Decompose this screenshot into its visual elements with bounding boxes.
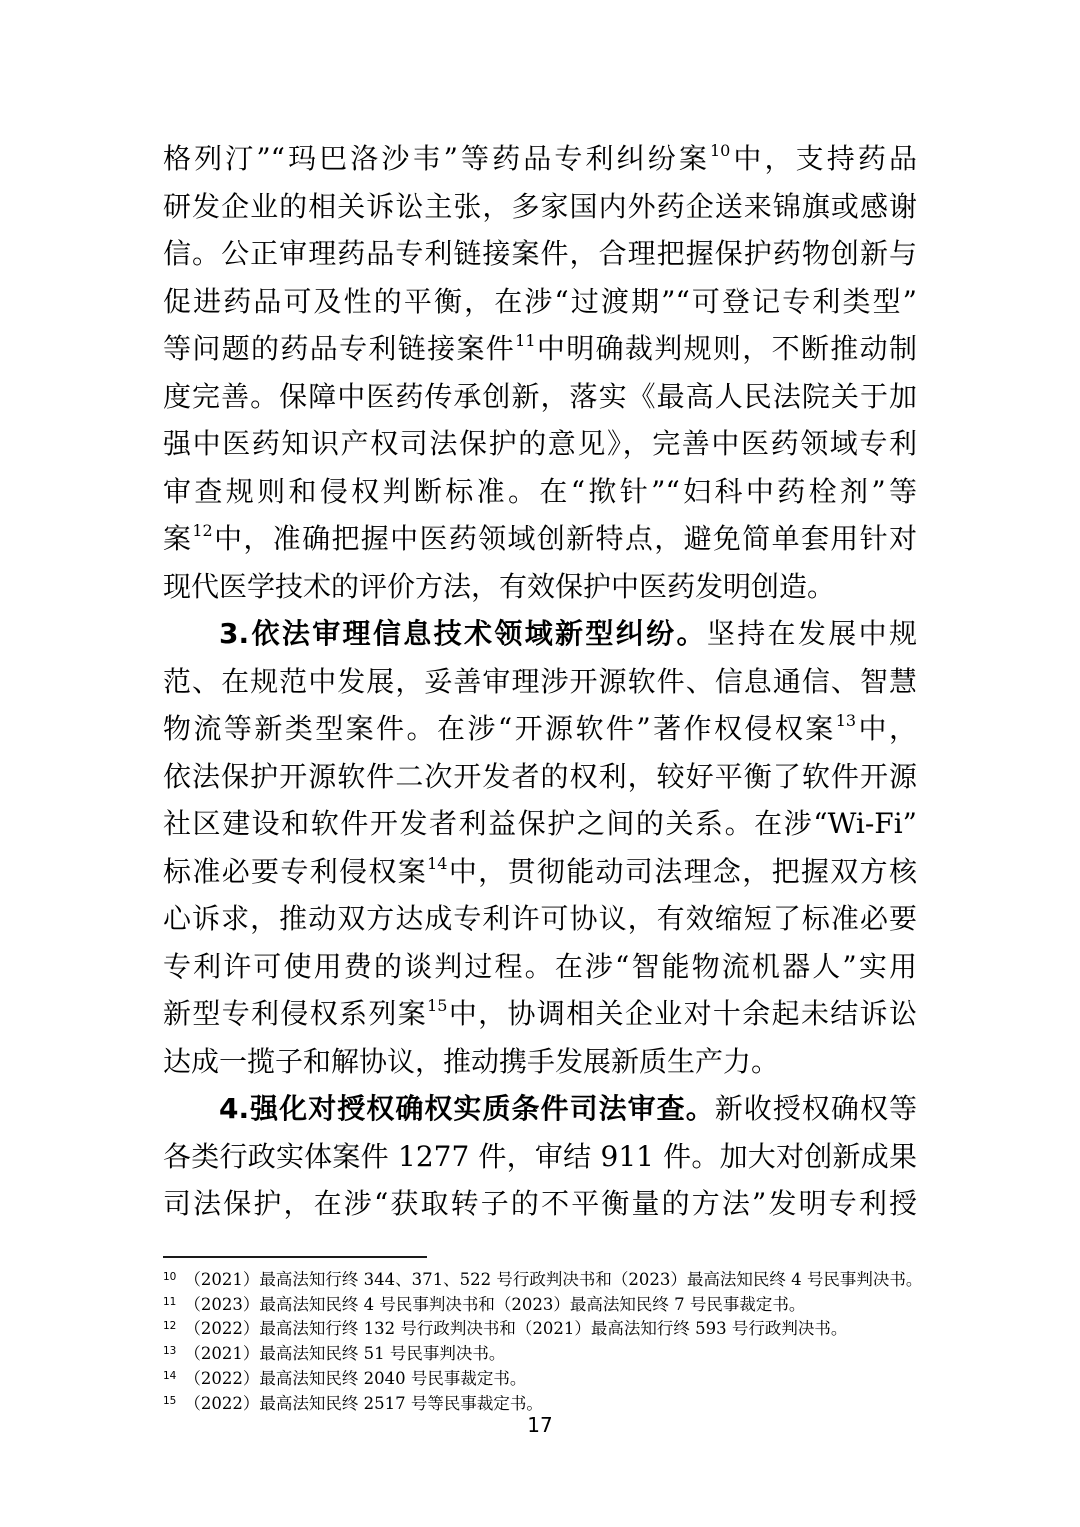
footnote-item: 11（2023）最高法知民终 4 号民事判决书和（2023）最高法知民终 7 号… — [163, 1294, 963, 1319]
body-run: 度完善。保障中医药传承创新，落实《最高人民法院关于加 — [163, 380, 917, 413]
body-run: 中，协调相关企业对十余起未结诉讼 — [447, 997, 917, 1030]
body-run: 现代医学技术的评价方法，有效保护中医药发明创造。 — [163, 570, 835, 603]
body-run: 中，贯彻能动司法理念，把握双方核 — [447, 855, 917, 888]
body-run: 标准必要专利侵权案 — [163, 855, 427, 888]
body-line: 格列汀”“玛巴洛沙韦”等药品专利纠纷案10中，支持药品 — [163, 135, 917, 183]
body-line: 依法保护开源软件二次开发者的权利，较好平衡了软件开源 — [163, 753, 917, 801]
body-line: 标准必要专利侵权案14中，贯彻能动司法理念，把握双方核 — [163, 848, 917, 896]
body-line: 社区建设和软件开发者利益保护之间的关系。在涉“Wi-Fi” — [163, 800, 917, 848]
body-run: 司法保护，在涉“获取转子的不平衡量的方法”发明专利授 — [163, 1187, 917, 1220]
footnote-ref: 11 — [515, 331, 535, 350]
body-line: 等问题的药品专利链接案件11中明确裁判规则，不断推动制 — [163, 325, 917, 373]
section-heading: 4.强化对授权确权实质条件司法审查。 — [219, 1092, 715, 1125]
body-run: 达成一揽子和解协议，推动携手发展新质生产力。 — [163, 1045, 779, 1078]
body-run: 格列汀”“玛巴洛沙韦”等药品专利纠纷案 — [163, 142, 710, 175]
body-run: 强中医药知识产权司法保护的意见》，完善中医药领域专利 — [163, 427, 917, 460]
footnote-ref: 15 — [427, 996, 447, 1015]
body-run: 中明确裁判规则，不断推动制 — [536, 332, 917, 365]
footnote-number: 14 — [163, 1370, 176, 1382]
body-run: 促进药品可及性的平衡，在涉“过渡期”“可登记专利类型” — [163, 285, 917, 318]
footnote-ref: 10 — [710, 141, 730, 160]
body-run: 中， — [856, 712, 917, 745]
footnote-text: （2021）最高法知民终 51 号民事判决书。 — [184, 1344, 505, 1363]
body-run: 物流等新类型案件。在涉“开源软件”著作权侵权案 — [163, 712, 836, 745]
footnote-number: 10 — [163, 1271, 176, 1283]
body-run: 信。公正审理药品专利链接案件，合理把握保护药物创新与 — [163, 237, 917, 270]
body-line: 新型专利侵权系列案15中，协调相关企业对十余起未结诉讼 — [163, 990, 917, 1038]
body-run: 依法保护开源软件二次开发者的权利，较好平衡了软件开源 — [163, 760, 917, 793]
document-page: 格列汀”“玛巴洛沙韦”等药品专利纠纷案10中，支持药品研发企业的相关诉讼主张，多… — [0, 0, 1080, 1527]
body-run: 新型专利侵权系列案 — [163, 997, 427, 1030]
body-run: 中，支持药品 — [730, 142, 917, 175]
footnote-text: （2022）最高法知民终 2517 号等民事裁定书。 — [184, 1394, 542, 1413]
body-run: 审查规则和侵权判断标准。在“揿针”“妇科中药栓剂”等 — [163, 475, 917, 508]
footnote-ref: 14 — [427, 854, 447, 873]
body-line: 强中医药知识产权司法保护的意见》，完善中医药领域专利 — [163, 420, 917, 468]
body-line: 审查规则和侵权判断标准。在“揿针”“妇科中药栓剂”等 — [163, 468, 917, 516]
page-number: 17 — [0, 1413, 1080, 1437]
footnotes: 10（2021）最高法知行终 344、371、522 号行政判决书和（2023）… — [163, 1269, 963, 1417]
body-line: 度完善。保障中医药传承创新，落实《最高人民法院关于加 — [163, 373, 917, 421]
body-run: 案 — [163, 522, 192, 555]
body-run: 新收授权确权等 — [715, 1092, 917, 1125]
body-run: 专利许可使用费的谈判过程。在涉“智能物流机器人”实用 — [163, 950, 917, 983]
body-line: 各类行政实体案件 1277 件，审结 911 件。加大对创新成果 — [163, 1133, 917, 1181]
body-line: 案12中，准确把握中医药领域创新特点，避免简单套用针对 — [163, 515, 917, 563]
body-run: 范、在规范中发展，妥善审理涉开源软件、信息通信、智慧 — [163, 665, 917, 698]
footnote-ref: 13 — [836, 711, 856, 730]
body-line: 信。公正审理药品专利链接案件，合理把握保护药物创新与 — [163, 230, 917, 278]
body-line: 达成一揽子和解协议，推动携手发展新质生产力。 — [163, 1038, 917, 1086]
body-run: 心诉求，推动双方达成专利许可协议，有效缩短了标准必要 — [163, 902, 917, 935]
body-run: 社区建设和软件开发者利益保护之间的关系。在涉“Wi-Fi” — [163, 807, 917, 840]
footnote-separator — [163, 1256, 427, 1258]
footnote-item: 13（2021）最高法知民终 51 号民事判决书。 — [163, 1343, 963, 1368]
footnote-item: 10（2021）最高法知行终 344、371、522 号行政判决书和（2023）… — [163, 1269, 963, 1294]
body-line: 4.强化对授权确权实质条件司法审查。新收授权确权等 — [163, 1085, 917, 1133]
body-run: 中，准确把握中医药领域创新特点，避免简单套用针对 — [213, 522, 917, 555]
body-line: 研发企业的相关诉讼主张，多家国内外药企送来锦旗或感谢 — [163, 183, 917, 231]
body-run: 研发企业的相关诉讼主张，多家国内外药企送来锦旗或感谢 — [163, 190, 917, 223]
footnote-number: 15 — [163, 1395, 176, 1407]
body-text: 格列汀”“玛巴洛沙韦”等药品专利纠纷案10中，支持药品研发企业的相关诉讼主张，多… — [163, 135, 917, 1228]
body-line: 司法保护，在涉“获取转子的不平衡量的方法”发明专利授 — [163, 1180, 917, 1228]
footnote-text: （2022）最高法知民终 2040 号民事裁定书。 — [184, 1369, 526, 1388]
body-line: 3.依法审理信息技术领域新型纠纷。坚持在发展中规 — [163, 610, 917, 658]
footnote-text: （2022）最高法知行终 132 号行政判决书和（2021）最高法知行终 593… — [184, 1319, 847, 1338]
footnote-number: 13 — [163, 1345, 176, 1357]
body-run: 坚持在发展中规 — [707, 617, 917, 650]
footnote-item: 14（2022）最高法知民终 2040 号民事裁定书。 — [163, 1368, 963, 1393]
footnote-text: （2023）最高法知民终 4 号民事判决书和（2023）最高法知民终 7 号民事… — [184, 1295, 805, 1314]
body-line: 促进药品可及性的平衡，在涉“过渡期”“可登记专利类型” — [163, 278, 917, 326]
body-line: 现代医学技术的评价方法，有效保护中医药发明创造。 — [163, 563, 917, 611]
footnote-text: （2021）最高法知行终 344、371、522 号行政判决书和（2023）最高… — [184, 1270, 922, 1289]
body-line: 心诉求，推动双方达成专利许可协议，有效缩短了标准必要 — [163, 895, 917, 943]
footnote-number: 11 — [163, 1296, 176, 1308]
footnote-item: 12（2022）最高法知行终 132 号行政判决书和（2021）最高法知行终 5… — [163, 1318, 963, 1343]
footnote-ref: 12 — [192, 521, 212, 540]
section-heading: 3.依法审理信息技术领域新型纠纷。 — [219, 617, 707, 650]
body-run: 等问题的药品专利链接案件 — [163, 332, 515, 365]
body-line: 专利许可使用费的谈判过程。在涉“智能物流机器人”实用 — [163, 943, 917, 991]
body-line: 范、在规范中发展，妥善审理涉开源软件、信息通信、智慧 — [163, 658, 917, 706]
body-line: 物流等新类型案件。在涉“开源软件”著作权侵权案13中， — [163, 705, 917, 753]
footnote-number: 12 — [163, 1320, 176, 1332]
body-run: 各类行政实体案件 1277 件，审结 911 件。加大对创新成果 — [163, 1140, 917, 1173]
